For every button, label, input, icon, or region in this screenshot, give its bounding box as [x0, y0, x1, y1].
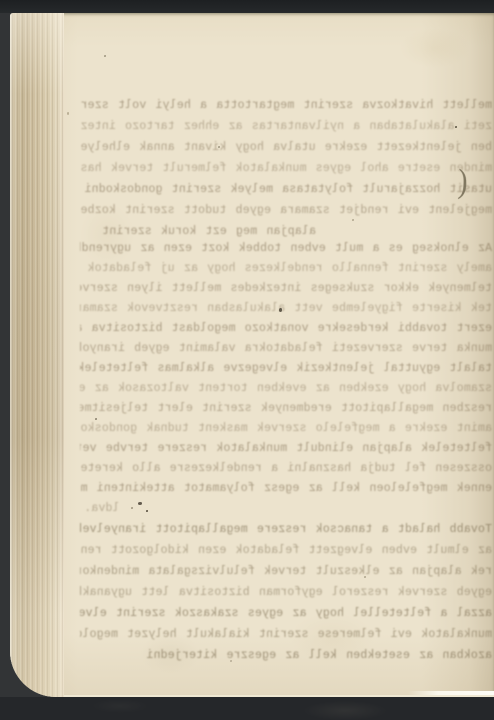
bleedthrough-line: munka terve szervezeti feladatokra valam… [80, 339, 492, 359]
bleedthrough-paragraph: Az elnokseg es a mult evben tobbek kozt … [80, 239, 492, 519]
scanned-book-page: mellett hivatkozva szerint megtartotta a… [0, 0, 494, 720]
age-stain [400, 28, 470, 68]
bleedthrough-line: reszben megallapitott eredmenyek szerint… [80, 399, 492, 419]
bleedthrough-line: ezert tovabbi kerdesekre vonatkozo megol… [80, 319, 492, 339]
bleedthrough-line: rek alapjan az elkeszult tervek felulviz… [80, 561, 492, 582]
bleedthrough-line: osszesen fel tudja hasznalni a rendelkez… [80, 459, 492, 479]
age-stain [80, 203, 135, 268]
bleedthrough-paragraph: Tovabb haladt a tanacsok reszere megalla… [80, 519, 492, 666]
dust-speck [230, 660, 232, 662]
dust-speck [104, 55, 106, 57]
bleedthrough-line: tek kiserte figyelembe vett alakulasban … [80, 299, 492, 319]
bleedthrough-line: amely szerint fennallo rendelkezes hogy … [80, 259, 492, 279]
dust-speck [279, 308, 282, 312]
page-bottom-edge-highlight [408, 691, 494, 695]
bleedthrough-line: mellett hivatkozva szerint megtartotta a… [80, 95, 492, 116]
dust-speck [352, 219, 354, 221]
bleedthrough-line: megjelent evi rendjet szamara egyeb tudo… [80, 200, 492, 221]
bleedthrough-line: Tovabb haladt a tanacsok reszere megalla… [80, 519, 492, 540]
pen-mark: ) [457, 162, 475, 202]
dust-speck [364, 576, 366, 578]
bleedthrough-line: azzal a feltetellel hogy az egyes szakas… [80, 603, 492, 624]
bleedthrough-line: ennek megfeleloen kell az egesz folyamat… [80, 479, 492, 499]
dust-speck [218, 146, 220, 148]
bleedthrough-line: amint ezekre a megfelelo szervek maskent… [80, 419, 492, 439]
dust-speck [146, 510, 148, 512]
dust-speck [455, 126, 457, 128]
bleedthrough-line: alapjan meg ezt koruk szerint [80, 221, 492, 242]
bleedthrough-text-layer: mellett hivatkozva szerint megtartotta a… [80, 13, 492, 695]
background-bottom-band [0, 697, 494, 720]
bleedthrough-line: az elmult evben elvegzett feladatok ezen… [80, 540, 492, 561]
bleedthrough-line: egyeb szervek reszerol egyforman biztosi… [80, 582, 492, 603]
dust-speck [67, 112, 69, 115]
bleedthrough-line: talalt egyuttal jelentkezik elvegezve al… [80, 359, 492, 379]
book-page-surface: mellett hivatkozva szerint megtartotta a… [10, 13, 494, 697]
bleedthrough-line: utasit hozzajarult folytatasa melyek sze… [80, 179, 492, 200]
page-fore-edge-stack [10, 13, 64, 697]
bleedthrough-line: minden esetre ahol egyes munkalatok felm… [80, 158, 492, 179]
dust-speck [95, 418, 97, 420]
bleedthrough-line: azokban az esetekben kell az egeszre kit… [80, 645, 492, 666]
age-stain [140, 633, 200, 675]
background-top-band [0, 0, 494, 13]
bleedthrough-paragraph: mellett hivatkozva szerint megtartotta a… [80, 95, 492, 242]
bleedthrough-line: Az elnokseg es a mult evben tobbek kozt … [80, 239, 492, 259]
age-stain [290, 613, 375, 663]
bleedthrough-line: feltetelek alapjan elindult munkalatok r… [80, 439, 492, 459]
bleedthrough-line: zeti alakulataban a nyilvantartas az ehh… [80, 116, 492, 137]
bleedthrough-line: munkalatok evi felmerese szerint kialaku… [80, 624, 492, 645]
bleedthrough-line: ben jelentkezett ezekre utalva hogy kiva… [80, 137, 492, 158]
dust-speck [138, 502, 142, 505]
dust-speck [131, 507, 133, 509]
bleedthrough-line: szamolva hogy ezekben az evekben tortent… [80, 379, 492, 399]
bleedthrough-line: telmenyek ekkor szukseges intezkedes mel… [80, 279, 492, 299]
